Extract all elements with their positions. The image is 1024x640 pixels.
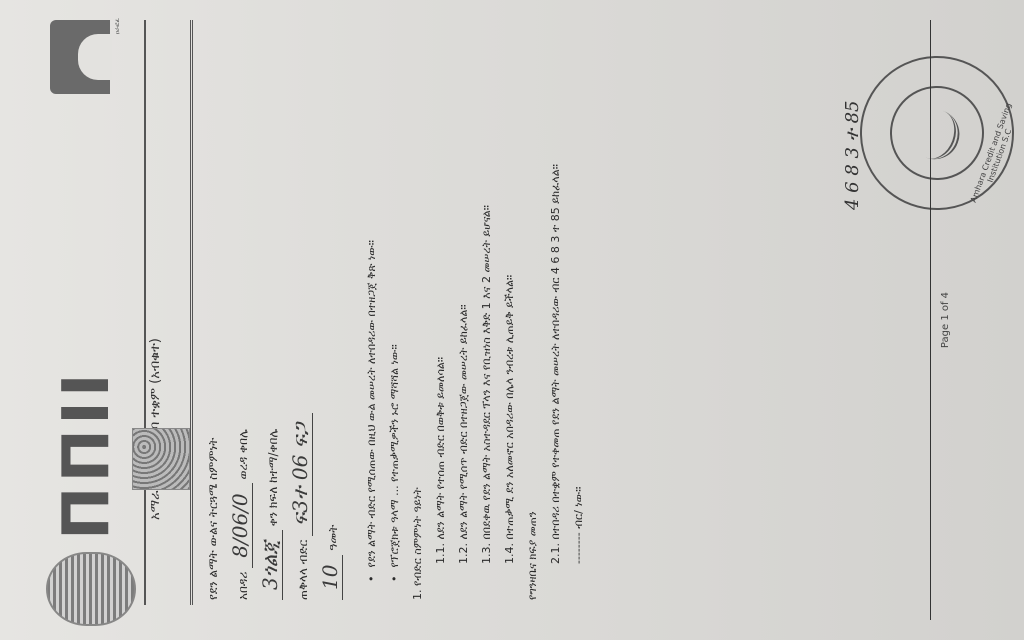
numbered-clause: 1.2. ለደን ልማት የሚሰጥ ብድር በተዘጋጀው መሠረት ይከፈላል። xyxy=(452,20,475,600)
handwritten-signature-amount: 4 6 8 3 ተ 85 xyxy=(842,101,863,210)
bullet-paragraph: የደን ልማት ብድር የሚሰጠው በዚህ ውል መሠረት ለተበዳሪው በተዘ… xyxy=(360,20,383,600)
bank-emblem-logo xyxy=(132,428,190,490)
official-stamp: Amhara Credit and Saving Institution S.C xyxy=(838,34,1024,231)
section-heading: 1. የብድር ስምምነት ዓይነት xyxy=(406,20,429,600)
document-body: የደን ልማት ብድር የሚሰጠው በዚህ ውል መሠረት ለተበዳሪው በተዘ… xyxy=(360,20,590,600)
bullet-paragraph: የፕሮጀክቱ ዓላማ ... የተጠቃሚዎችን ኑሮ ማሻሻል ነው። xyxy=(383,20,406,600)
handwritten-field: ፍ3ተ 06 ፍጋ xyxy=(288,413,313,536)
numbered-clause: 1.3. በበደቀዉ የደን ልማት አስተዳደር ፕላን እና የቢዝነስ እ… xyxy=(475,20,498,600)
letterhead: ΠΠΙΙ ዐራፎፈ አማራ ብድርና ቁጠባ ተቋም (አብቁተ) xyxy=(40,0,160,640)
page-number: Page 1 of 4 xyxy=(940,0,951,640)
section-heading: የግንዛቤና ክፍያ መጠን xyxy=(521,20,544,600)
footer-divider xyxy=(930,20,931,620)
header-divider xyxy=(144,20,146,605)
header-double-divider xyxy=(190,20,193,605)
form-line-4: 10 ዓመት xyxy=(317,30,347,600)
numbered-clause: 1.4. በተጠቃሚ ደን አለመኖር አበዳሪው በሌላ ንብረቱ ሊጠይቅ … xyxy=(498,20,521,600)
logo-caption: ዐራፎፈ xyxy=(114,18,122,34)
stamp-emblem-icon xyxy=(906,104,966,167)
numbered-clause: -------- ብር/ ነው። xyxy=(567,20,590,600)
institution-seal-logo xyxy=(46,552,136,626)
numbered-clause: 1.1. ለደን ልማት የተሰጠ ብድር በወቅቱ ይመለሳል። xyxy=(429,20,452,600)
document-page: ΠΠΙΙ ዐራፎፈ አማራ ብድርና ቁጠባ ተቋም (አብቁተ) የደን ልማ… xyxy=(0,0,1024,640)
form-fields: የደን ልማት ውልና ትርጓሜ ስምምነት አበዳሪ 8/06/0 ወረዳ ቀ… xyxy=(200,30,347,600)
form-heading: የደን ልማት ውልና ትርጓሜ ስምምነት xyxy=(200,30,227,600)
form-line-2: 3ጎልጂ ቀን ክፍለ ከተማ/ቀበሌ xyxy=(257,30,287,600)
form-line-1: አበዳሪ 8/06/0 ወረዳ ቀበሌ xyxy=(227,30,257,600)
arch-logo-inner xyxy=(78,34,112,80)
handwritten-field: 3ጎልጂ xyxy=(258,530,283,600)
handwritten-field: 10 xyxy=(318,555,343,600)
handwritten-field: 8/06/0 xyxy=(228,483,253,567)
numbered-clause: 2.1. በተበዳሪ በተቋም የተቀመጠ የደን ልማት መሠረት ለተበዳሪ… xyxy=(544,20,567,600)
org-logo-text: ΠΠΙΙ xyxy=(50,369,124,540)
form-line-3: ጠቅላላ ብድር ፍ3ተ 06 ፍጋ xyxy=(287,30,317,600)
